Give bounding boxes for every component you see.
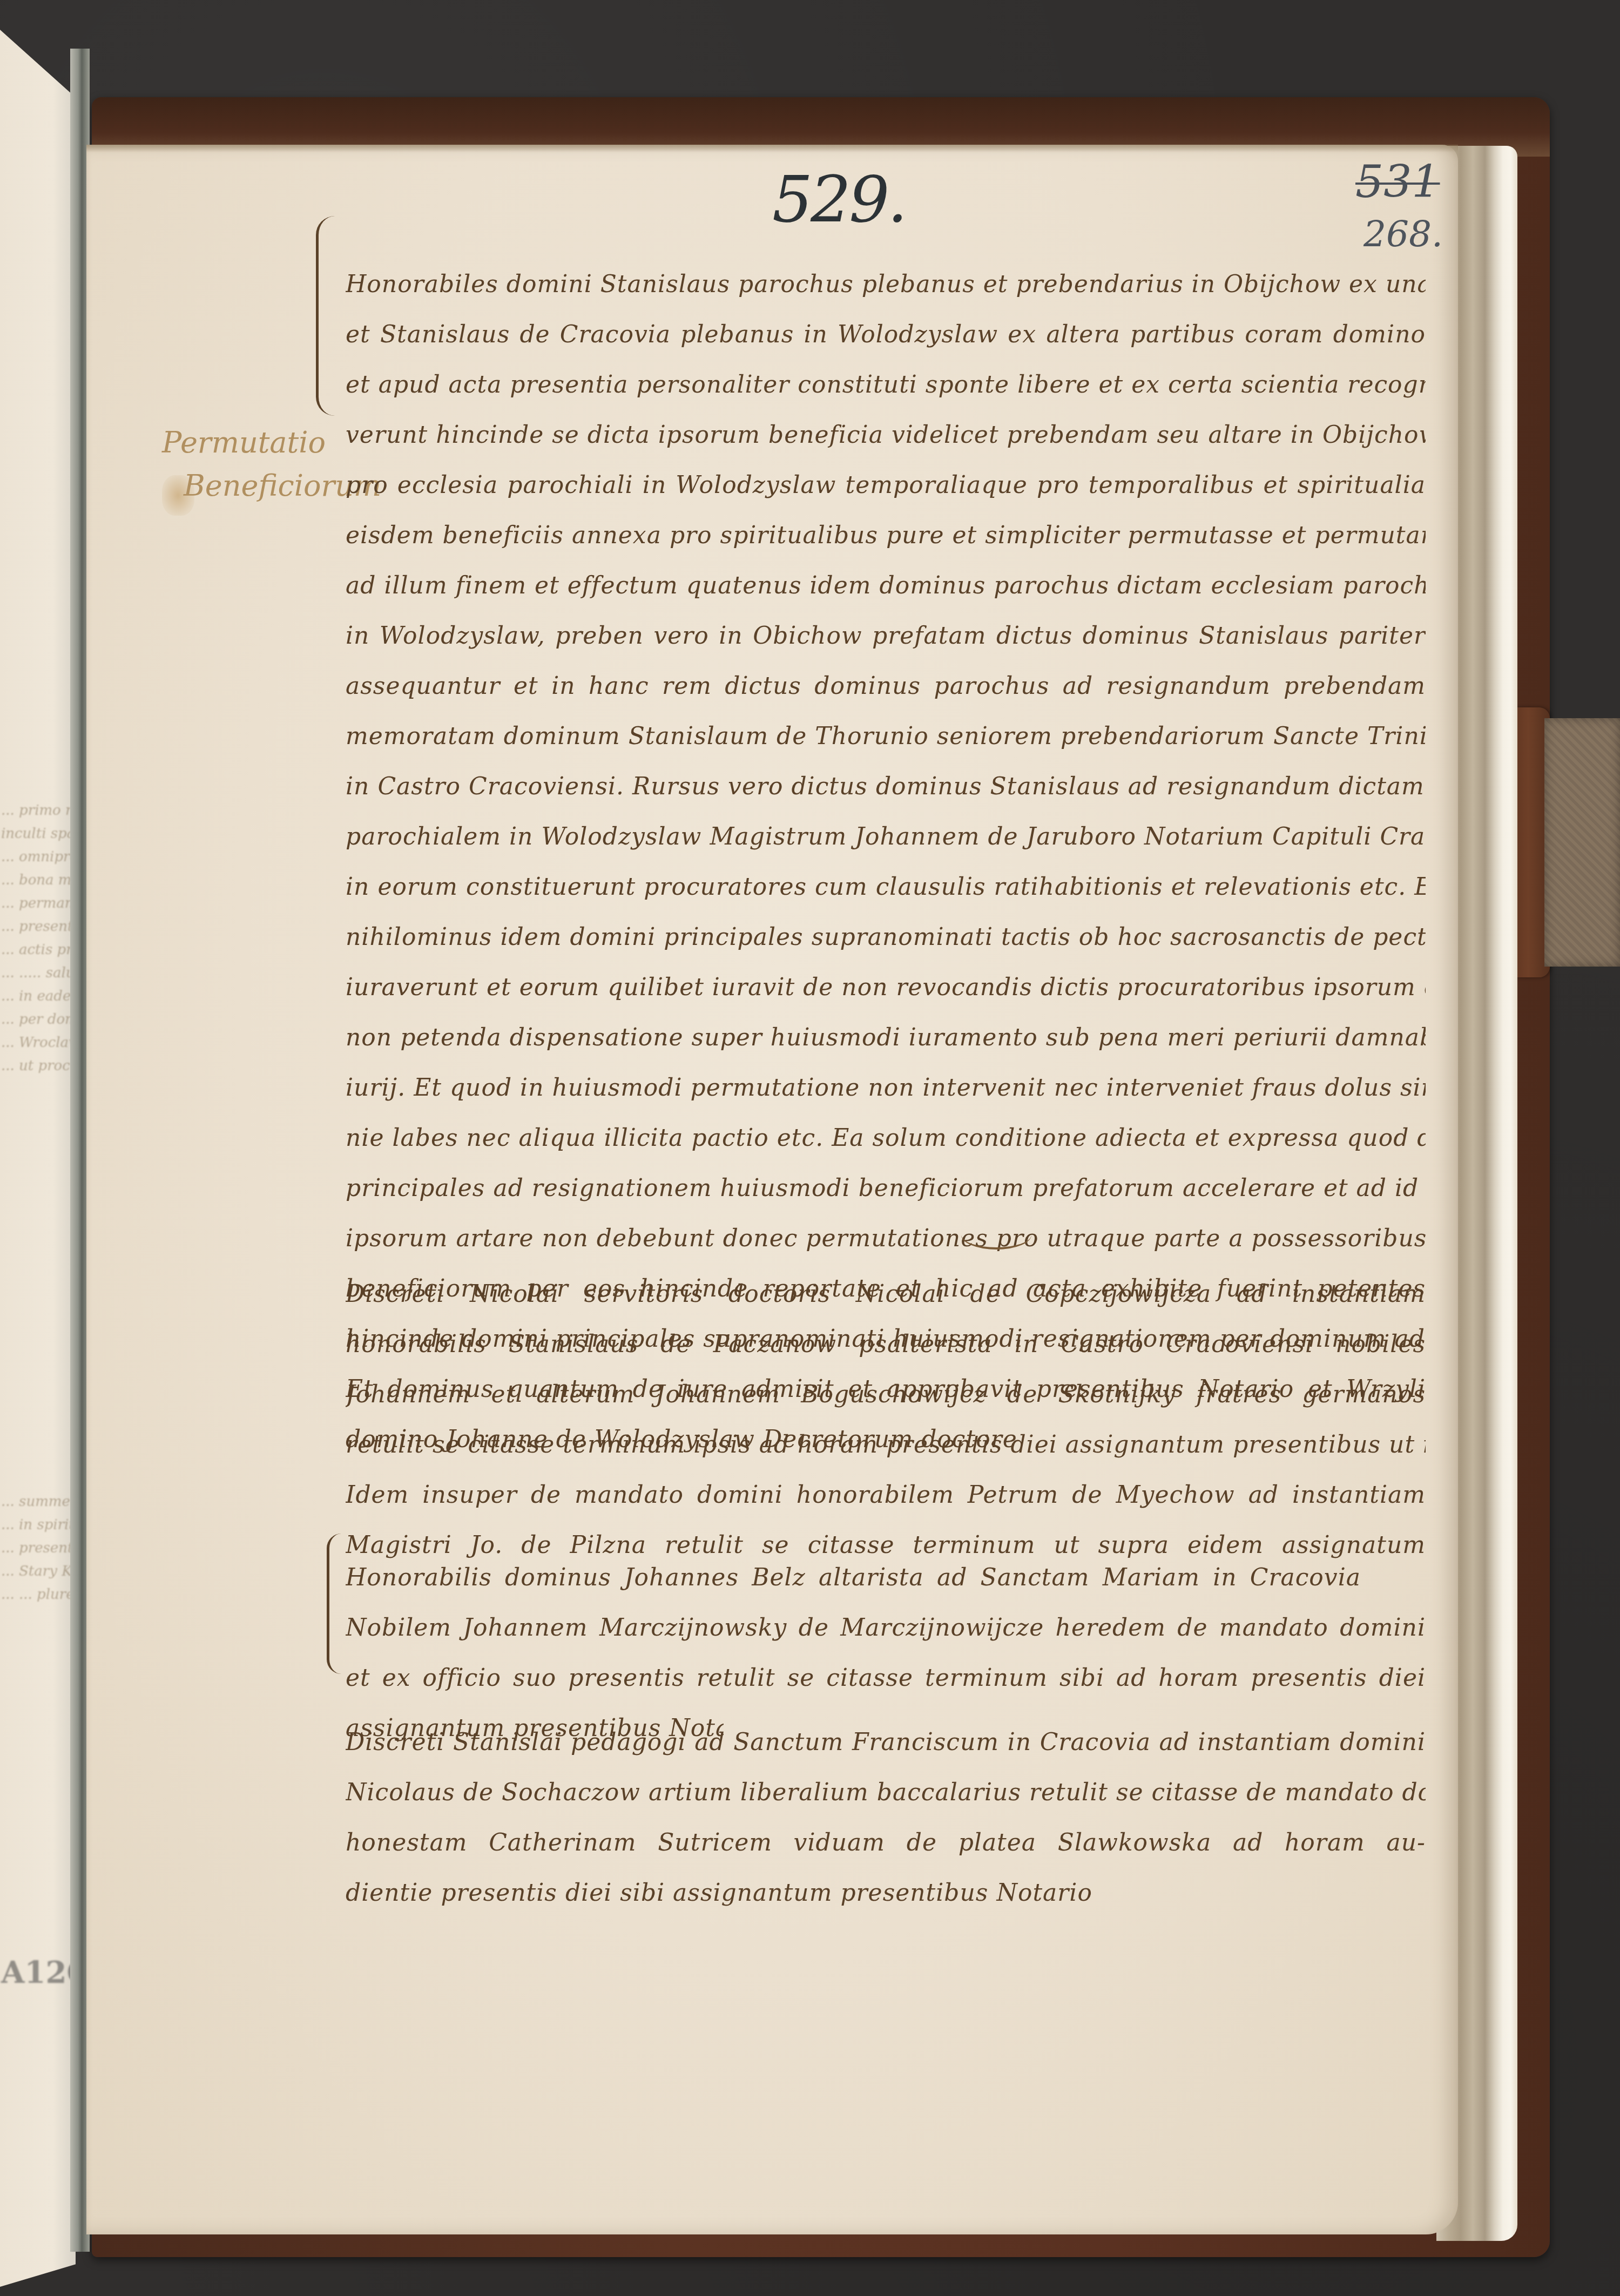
text-line: verunt hincinde se dicta ipsorum benefic… [346,410,1426,460]
quire-signature: A12CII [1,1955,60,1990]
text-line: Nicolaus de Sochaczow artium liberalium … [346,1767,1426,1818]
text-line: ad illum finem et effectum quatenus idem… [346,561,1426,611]
page-top-edge [86,145,1458,152]
closing-flourish [961,1220,1031,1250]
entry-4: Discreti Stanislai pedagogi ad Sanctum F… [346,1717,1426,1918]
text-line: honestam Catherinam Sutricem viduam de p… [346,1818,1426,1868]
text-line: nihilominus idem domini principales supr… [346,912,1426,962]
text-line: eisdem beneficiis annexa pro spiritualib… [346,510,1426,561]
text-line: et apud acta presentia personaliter cons… [346,360,1426,410]
fragment-line: ... omnipresentem [1,846,71,869]
facing-page-text-lower: ... summe factas ... in spiritualibus ..… [1,1490,71,1606]
fragment-line: ... Stary Korc [1,1560,71,1583]
text-line: non petenda dispensatione super huiusmod… [346,1012,1426,1063]
text-line: retulit se citasse terminum ipsis ad hor… [346,1420,1426,1470]
text-line: memoratam dominum Stanislaum de Thorunio… [346,711,1426,761]
fragment-line: inculti spaciose [1,822,71,846]
text-line: in Wolodzyslaw, preben vero in Obichow p… [346,611,1426,661]
text-line: Idem insuper de mandato domini honorabil… [346,1470,1426,1520]
text-line: nie labes nec aliqua illicita pactio etc… [346,1113,1426,1163]
struck-folio-number: 531 [1355,157,1440,208]
fragment-line: ... ... plures [1,1583,71,1606]
text-line: pro ecclesia parochiali in Wolodzyslaw t… [346,460,1426,510]
fragment-line: ... ut procura [1,1055,71,1078]
facing-page-text-upper: ... primo regum inculti spaciose ... omn… [1,799,71,1078]
fragment-line: ... bona monasterii [1,869,71,892]
fragment-line: ... presentia comparentes [1,1537,71,1560]
secondary-folio-number: 268. [1363,213,1443,255]
text-line: iurij. Et quod in huiusmodi permutatione… [346,1063,1426,1113]
text-line: Honorabiles domini Stanislaus parochus p… [346,259,1426,309]
text-line: in eorum constituerunt procuratores cum … [346,862,1426,912]
fragment-line: ... per dominos [1,1008,71,1031]
text-line: in Castro Cracoviensi. Rursus vero dictu… [346,761,1426,812]
text-line: Nobilem Johannem Marczijnowsky de Marczi… [346,1603,1426,1653]
text-line: Johannem et alterum Johannem Boguschowij… [346,1369,1426,1420]
fragment-line: ... summe factas [1,1490,71,1514]
text-line: et Stanislaus de Cracovia plebanus in Wo… [346,309,1426,360]
text-line: Discreti Nicolai servitoris doctoris Nic… [346,1269,1426,1319]
entry-2: Discreti Nicolai servitoris doctoris Nic… [346,1269,1426,1570]
folio-number: 529. [772,162,906,237]
entry-bracket [316,216,335,416]
text-line: Honorabilis dominus Johannes Belz altari… [346,1552,1361,1603]
fragment-line: ... actis presentia [1,938,71,962]
text-line: honorabilis Stanislaus de Paczanow psalt… [346,1319,1426,1369]
text-line: parochialem in Wolodzyslaw Magistrum Joh… [346,812,1426,862]
fragment-line: ... presentibus Notario [1,915,71,938]
fragment-line: ... primo regum [1,799,71,822]
text-line: ipsorum artare non debebunt donec permut… [346,1213,1426,1264]
text-line: principales ad resignationem huiusmodi b… [346,1163,1426,1213]
fragment-line: ... ..... salum [1,962,71,985]
text-line: Discreti Stanislai pedagogi ad Sanctum F… [346,1717,1426,1767]
fabric-strap [1544,718,1620,967]
text-line: iuraverunt et eorum quilibet iuravit de … [346,962,1426,1012]
text-line: et ex officio suo presentis retulit se c… [346,1653,1426,1703]
text-line: assequantur et in hanc rem dictus dominu… [346,661,1426,711]
text-line: dientie presentis diei sibi assignantum … [346,1868,1102,1918]
fragment-line: ... in spiritualibus [1,1514,71,1537]
entry-bracket [327,1534,341,1674]
facing-verso-page [0,30,76,2287]
fragment-line: ... permane [1,892,71,915]
fragment-line: ... in eadem [1,985,71,1008]
fragment-line: ... Wroclaw ... [1,1031,71,1055]
